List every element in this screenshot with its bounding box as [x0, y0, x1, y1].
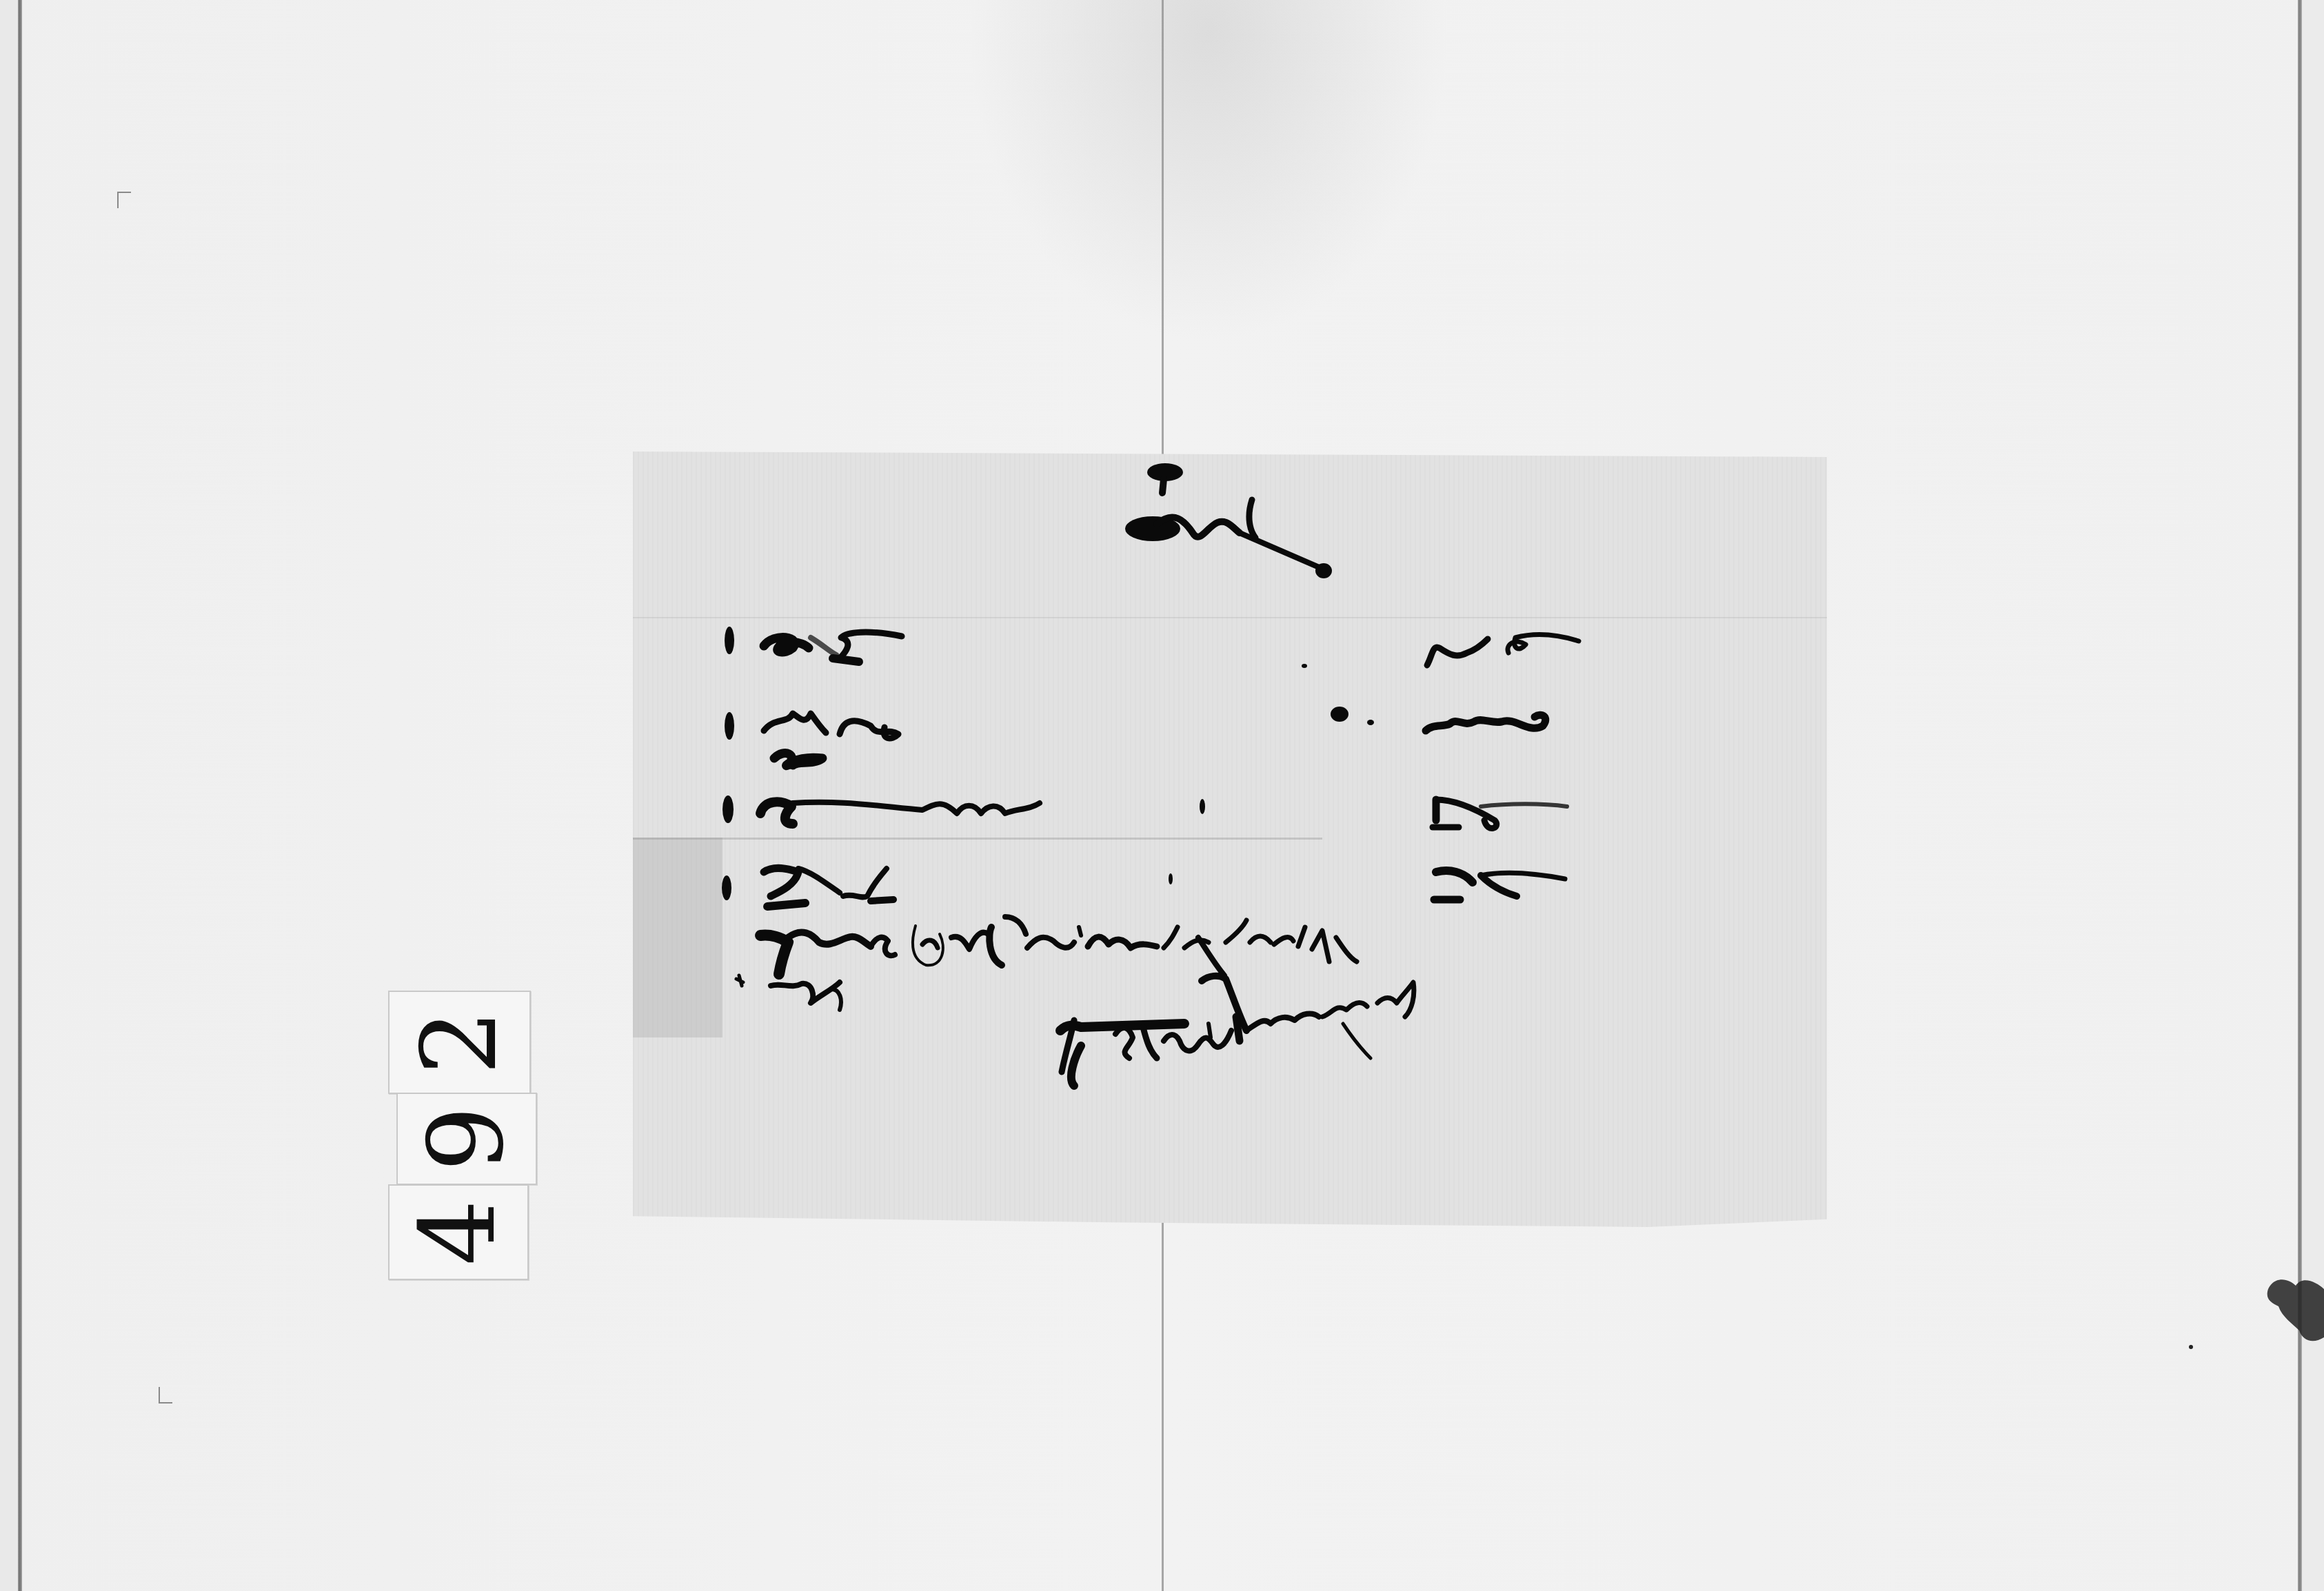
item-prefix-marks — [722, 627, 734, 900]
page-edge-right — [2302, 0, 2324, 1591]
mount-page: 2 9 4 — [0, 0, 2324, 1591]
document-paper — [633, 452, 1827, 1227]
page-number-digit-2: 2 — [408, 1009, 512, 1075]
date-line-glyphs — [736, 975, 1414, 1058]
left-border-line — [18, 0, 22, 1591]
page-number-tag-digit: 4 — [388, 1184, 529, 1280]
ink-dots — [1169, 664, 1374, 884]
crop-mark-top-left — [117, 192, 131, 208]
amount-4-glyphs — [1434, 871, 1565, 900]
item-4-glyphs — [764, 868, 893, 906]
item-2-glyphs — [764, 713, 898, 766]
item-3-glyphs — [760, 802, 1040, 824]
page-edge-left — [0, 0, 18, 1591]
calligraphy-ink — [633, 452, 1827, 1227]
amount-2-glyphs — [1426, 715, 1546, 731]
heading-glyph — [1125, 463, 1332, 578]
amount-3-glyphs — [1433, 800, 1567, 829]
amount-1-glyphs — [1427, 634, 1579, 665]
crop-mark-bottom-left — [159, 1387, 172, 1403]
body-line-glyphs — [760, 917, 1357, 975]
page-number-tag-digit: 9 — [396, 1093, 537, 1185]
ink-blot-right-edge — [2261, 1268, 2324, 1348]
page-number-tag-digit: 2 — [388, 991, 531, 1094]
page-number-digit-4: 4 — [407, 1199, 510, 1265]
item-1-glyphs — [764, 632, 902, 662]
dust-speck — [2189, 1345, 2193, 1349]
page-number-digit-9: 9 — [415, 1106, 518, 1171]
signature-glyphs — [1060, 1020, 1231, 1086]
